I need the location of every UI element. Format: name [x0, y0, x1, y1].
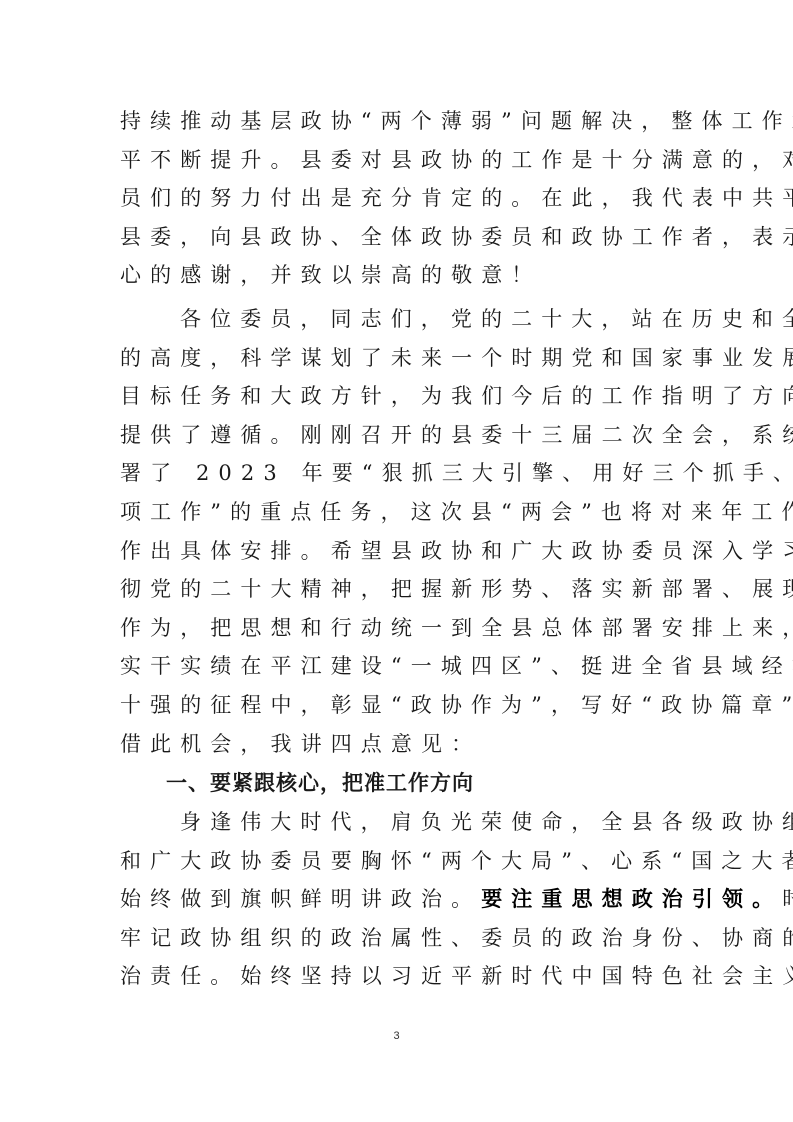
text-line: 提供了遵循。刚刚召开的县委十三届二次全会，系统部 — [120, 416, 680, 455]
text-line: 平不断提升。县委对县政协的工作是十分满意的，对委 — [120, 141, 680, 180]
text-line: 作为，把思想和行动统一到全县总体部署安排上来，以 — [120, 609, 680, 648]
text-line: 十强的征程中，彰显“政协作为”，写好“政协篇章”。 — [120, 686, 680, 725]
text-line: 治责任。始终坚持以习近平新时代中国特色社会主义思 — [120, 957, 680, 996]
text-line: 目标任务和大政方针，为我们今后的工作指明了方向、 — [120, 377, 680, 416]
text-line: 心的感谢，并致以崇高的敬意！ — [120, 256, 680, 295]
text-line: 牢记政协组织的政治属性、委员的政治身份、协商的政 — [120, 919, 680, 958]
text-line: 员们的努力付出是充分肯定的。在此，我代表中共平江 — [120, 179, 680, 218]
text-line: 持续推动基层政协“两个薄弱”问题解决，整体工作水 — [120, 102, 680, 141]
paragraph-intro: 各位委员，同志们，党的二十大，站在历史和全局 的高度，科学谋划了未来一个时期党和… — [120, 300, 680, 763]
emphasis-text: 要注重思想政治引领。 — [481, 886, 782, 911]
text-line: 各位委员，同志们，党的二十大，站在历史和全局 — [120, 300, 680, 339]
text-line: 县委，向县政协、全体政协委员和政协工作者，表示衷 — [120, 218, 680, 257]
paragraph-thanks: 持续推动基层政协“两个薄弱”问题解决，整体工作水 平不断提升。县委对县政协的工作… — [120, 102, 680, 295]
page-number: 3 — [0, 1030, 793, 1042]
text-line: 实干实绩在平江建设“一城四区”、挺进全省县域经济 — [120, 647, 680, 686]
text-line: 和广大政协委员要胸怀“两个大局”、心系“国之大者”， — [120, 842, 680, 881]
text-line: 身逢伟大时代，肩负光荣使命，全县各级政协组织 — [120, 803, 680, 842]
section-heading: 一、要紧跟核心，把准工作方向 — [120, 763, 680, 803]
document-page: 持续推动基层政协“两个薄弱”问题解决，整体工作水 平不断提升。县委对县政协的工作… — [0, 0, 793, 1122]
text-line: 项工作”的重点任务，这次县“两会”也将对来年工作 — [120, 493, 680, 532]
text-line: 彻党的二十大精神，把握新形势、落实新部署、展现新 — [120, 570, 680, 609]
text-line-with-emphasis: 始终做到旗帜鲜明讲政治。要注重思想政治引领。时刻 — [120, 880, 680, 919]
text-line: 署了 2023 年要“狠抓三大引擎、用好三个抓手、把牢三 — [120, 454, 680, 493]
body-text: 持续推动基层政协“两个薄弱”问题解决，整体工作水 平不断提升。县委对县政协的工作… — [120, 102, 680, 996]
text-line: 作出具体安排。希望县政协和广大政协委员深入学习贯 — [120, 532, 680, 571]
paragraph-section-1: 身逢伟大时代，肩负光荣使命，全县各级政协组织 和广大政协委员要胸怀“两个大局”、… — [120, 803, 680, 996]
text-segment: 始终做到旗帜鲜明讲政治。 — [120, 887, 481, 911]
text-line: 的高度，科学谋划了未来一个时期党和国家事业发展的 — [120, 339, 680, 378]
text-segment: 时刻 — [782, 887, 793, 911]
text-line: 借此机会，我讲四点意见： — [120, 725, 680, 764]
